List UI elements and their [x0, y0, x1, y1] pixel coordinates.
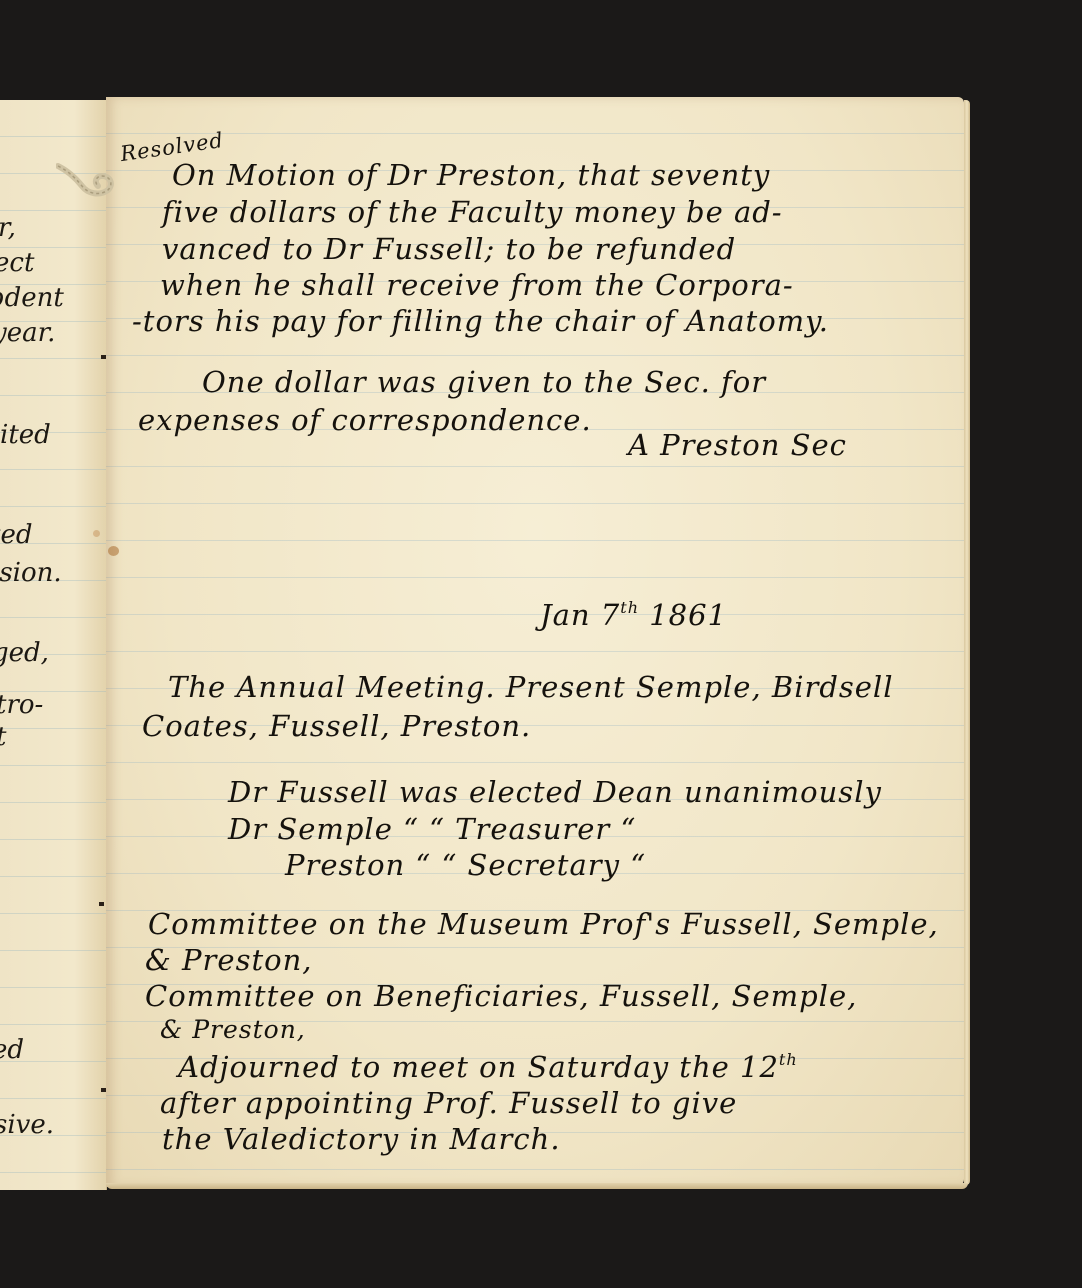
- adjournment-date-suffix: th: [779, 1050, 798, 1069]
- left-page-fragment: ed: [0, 1035, 24, 1065]
- manuscript-line: five dollars of the Faculty money be ad-: [162, 195, 783, 229]
- meeting-date-month-day: Jan 7: [540, 598, 620, 632]
- left-page-fragment: r,: [0, 213, 16, 243]
- manuscript-line: when he shall receive from the Corpora-: [160, 268, 794, 302]
- committee-line: Committee on the Museum Prof's Fussell, …: [148, 907, 939, 941]
- left-page-fragment: bdent: [0, 283, 64, 313]
- secretary-signature: A Preston Sec: [628, 428, 847, 462]
- left-page-fragment: ged,: [0, 638, 49, 668]
- meeting-date-suffix: th: [620, 598, 639, 617]
- left-page-fragment: ect: [0, 248, 34, 278]
- manuscript-line: The Annual Meeting. Present Semple, Bird…: [168, 670, 894, 704]
- adjournment-line: Adjourned to meet on Saturday the 12th: [178, 1050, 798, 1084]
- binding-hole: [101, 355, 106, 359]
- manuscript-line: One dollar was given to the Sec. for: [202, 365, 766, 399]
- left-page-fragment: sive.: [0, 1110, 54, 1140]
- adjournment-line: after appointing Prof. Fussell to give: [160, 1086, 737, 1120]
- meeting-date-year: 1861: [649, 598, 727, 632]
- committee-line: & Preston,: [160, 1015, 306, 1044]
- election-line: Dr Semple “ “ Treasurer “: [228, 812, 636, 846]
- left-page-fragment: tro-: [0, 690, 43, 720]
- election-line: Preston “ “ Secretary “: [285, 848, 646, 882]
- binding-thread-icon: [56, 162, 118, 202]
- election-line: Dr Fussell was elected Dean unanimously: [228, 775, 882, 809]
- binding-hole: [101, 1088, 106, 1092]
- manuscript-line: vanced to Dr Fussell; to be refunded: [162, 232, 736, 266]
- binding-hole: [99, 902, 104, 906]
- manuscript-line: On Motion of Dr Preston, that seventy: [172, 158, 770, 192]
- manuscript-line: -tors his pay for filling the chair of A…: [132, 304, 829, 338]
- page-edge-right: [964, 100, 970, 1185]
- committee-line: & Preston,: [145, 943, 312, 977]
- paper-stain: [93, 530, 100, 537]
- left-page-fragment: ted: [0, 520, 32, 550]
- left-page-fragment: year.: [0, 318, 55, 348]
- left-page-fragment: ited: [0, 420, 51, 450]
- page-edge-bottom: [106, 1183, 968, 1189]
- adjournment-text: Adjourned to meet on Saturday the 12: [178, 1050, 779, 1084]
- manuscript-line: expenses of correspondence.: [138, 403, 592, 437]
- paper-stain: [108, 546, 119, 556]
- adjournment-line: the Valedictory in March.: [162, 1122, 561, 1156]
- left-page: r, ect bdent year. ited ted ssion. ged, …: [0, 100, 107, 1190]
- manuscript-line: Coates, Fussell, Preston.: [142, 709, 531, 743]
- left-page-fragment: ssion.: [0, 558, 62, 588]
- meeting-date: Jan 7th 1861: [540, 598, 727, 632]
- committee-line: Committee on Beneficiaries, Fussell, Sem…: [145, 979, 857, 1013]
- left-page-fragment: t: [0, 722, 6, 752]
